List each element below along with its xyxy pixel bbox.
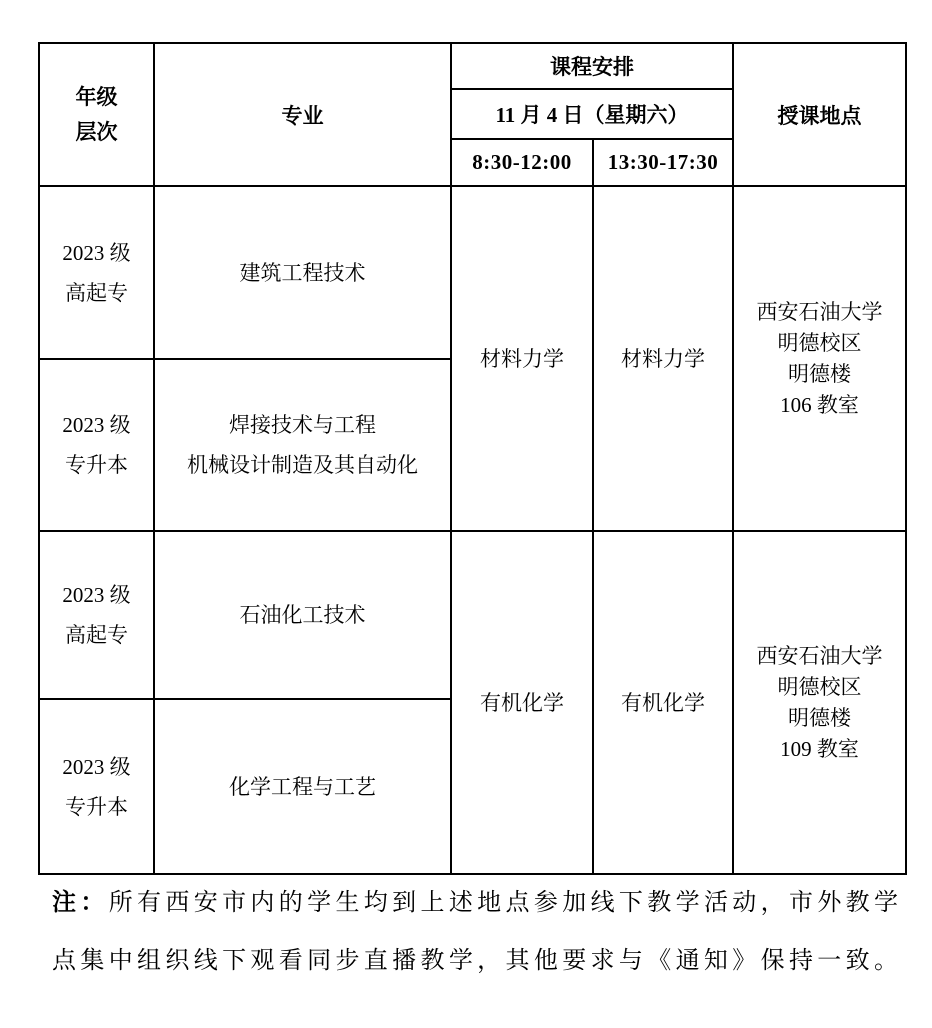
location-line: 明德校区 (734, 328, 905, 359)
location-line: 明德校区 (734, 672, 905, 703)
document-page: 年级 层次 专业 课程安排 授课地点 11 月 4 日（星期六） 8:30-12… (0, 0, 932, 1028)
major-line: 焊接技术与工程 (155, 405, 450, 445)
grade-line: 专升本 (40, 445, 153, 485)
header-grade-level-line2: 层次 (40, 115, 153, 150)
header-grade-level: 年级 层次 (39, 43, 154, 186)
course-name: 材料力学 (594, 339, 732, 379)
grade-line: 专升本 (40, 787, 153, 827)
grade-line: 高起专 (40, 273, 153, 313)
header-row-1: 年级 层次 专业 课程安排 授课地点 (39, 43, 906, 89)
cell-grade-g2r1: 2023 级 高起专 (39, 531, 154, 699)
cell-morning-course-g2: 有机化学 (451, 531, 593, 874)
table-row: 2023 级 高起专 建筑工程技术 材料力学 材料力学 西安石油大学 明德校区 … (39, 186, 906, 359)
cell-location-g1: 西安石油大学 明德校区 明德楼 106 教室 (733, 186, 906, 531)
cell-major-g1r2: 焊接技术与工程 机械设计制造及其自动化 (154, 359, 451, 531)
header-course-schedule: 课程安排 (451, 43, 733, 89)
course-name: 有机化学 (594, 683, 732, 723)
cell-afternoon-course-g1: 材料力学 (593, 186, 733, 531)
location-line: 西安石油大学 (734, 641, 905, 672)
major-line: 化学工程与工艺 (155, 767, 450, 807)
grade-line: 2023 级 (40, 575, 153, 615)
location-line: 106 教室 (734, 390, 905, 421)
grade-line: 2023 级 (40, 747, 153, 787)
header-grade-level-line1: 年级 (40, 80, 153, 115)
cell-major-g2r2: 化学工程与工艺 (154, 699, 451, 874)
course-schedule-table: 年级 层次 专业 课程安排 授课地点 11 月 4 日（星期六） 8:30-12… (38, 42, 907, 875)
cell-grade-g1r2: 2023 级 专升本 (39, 359, 154, 531)
cell-location-g2: 西安石油大学 明德校区 明德楼 109 教室 (733, 531, 906, 874)
footnote-line-2: 点集中组织线下观看同步直播教学，其他要求与《通知》保持一致。 (52, 932, 898, 990)
table-row: 2023 级 高起专 石油化工技术 有机化学 有机化学 西安石油大学 明德校区 … (39, 531, 906, 699)
footnote-label: 注： (52, 890, 109, 916)
header-major: 专业 (154, 43, 451, 186)
footnote-text-1: 所有西安市内的学生均到上述地点参加线下教学活动，市外教学 (109, 890, 898, 916)
header-time-afternoon: 13:30-17:30 (593, 139, 733, 186)
cell-major-g1r1: 建筑工程技术 (154, 186, 451, 359)
grade-line: 高起专 (40, 615, 153, 655)
footnote-text-2: 点集中组织线下观看同步直播教学，其他要求与《通知》保持一致。 (52, 948, 898, 974)
location-line: 西安石油大学 (734, 297, 905, 328)
header-location: 授课地点 (733, 43, 906, 186)
cell-morning-course-g1: 材料力学 (451, 186, 593, 531)
location-line: 明德楼 (734, 703, 905, 734)
location-line: 109 教室 (734, 734, 905, 765)
major-line: 机械设计制造及其自动化 (155, 445, 450, 485)
grade-line: 2023 级 (40, 405, 153, 445)
footnote: 注：所有西安市内的学生均到上述地点参加线下教学活动，市外教学 点集中组织线下观看… (52, 874, 898, 990)
grade-line: 2023 级 (40, 233, 153, 273)
cell-grade-g2r2: 2023 级 专升本 (39, 699, 154, 874)
cell-afternoon-course-g2: 有机化学 (593, 531, 733, 874)
location-line: 明德楼 (734, 359, 905, 390)
header-time-morning: 8:30-12:00 (451, 139, 593, 186)
cell-major-g2r1: 石油化工技术 (154, 531, 451, 699)
major-line: 石油化工技术 (155, 595, 450, 635)
course-name: 材料力学 (452, 339, 592, 379)
major-line: 建筑工程技术 (155, 253, 450, 293)
cell-grade-g1r1: 2023 级 高起专 (39, 186, 154, 359)
course-name: 有机化学 (452, 683, 592, 723)
footnote-line-1: 注：所有西安市内的学生均到上述地点参加线下教学活动，市外教学 (52, 874, 898, 932)
header-date: 11 月 4 日（星期六） (451, 89, 733, 139)
